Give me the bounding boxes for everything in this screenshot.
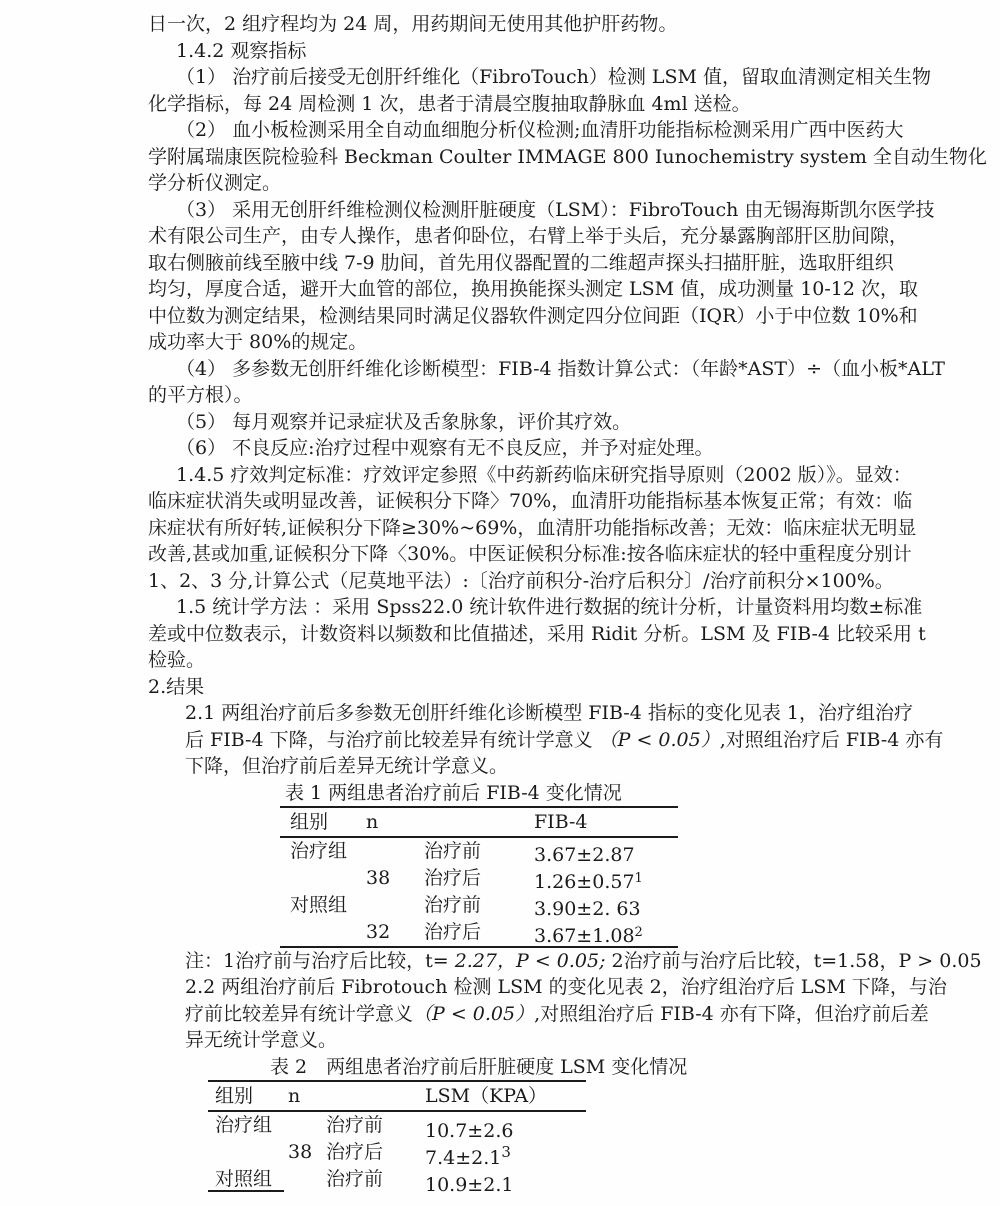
cell-value: 3.67±1.082 [531,919,678,950]
text-run: 疗前比较差异有统计学意义 [185,1003,413,1025]
text-line: 2.2 两组治疗前后 Fibrotouch 检测 LSM 的变化见表 2，治疗组… [185,974,1000,1001]
text-line: 中位数为测定结果，检测结果同时满足仪器软件测定四分位间距（IQR）小于中位数 1… [148,303,1000,330]
text-line: （4） 多参数无创肝纤维化诊断模型：FIB-4 指数计算公式：（年龄*AST）÷… [176,356,1000,383]
cell-time: 治疗前 [326,1166,422,1199]
text-line: （1） 治疗前后接受无创肝纤维化（FibroTouch）检测 LSM 值，留取血… [176,64,1000,91]
table-title: 表 1 两组患者治疗前后 FIB-4 变化情况 [280,780,678,806]
text-line: 差或中位数表示，计数资料以频数和比值描述，采用 Ridit 分析。LSM 及 F… [148,621,1000,648]
section-heading: 1.4.2 观察指标 [176,38,1000,65]
value-superscript: 2 [635,925,643,940]
text-line: 后 FIB-4 下降，与治疗前比较差异有统计学意义 （P < 0.05）,对照组… [185,727,1000,754]
text-line: 的平方根）。 [148,382,1000,409]
text-run: 后 FIB-4 下降，与治疗前比较差异有统计学意义 [185,729,599,751]
text-line: 化学指标，每 24 周检测 1 次，患者于清晨空腹抽取静脉血 4ml 送检。 [148,91,1000,118]
text-line: 床症状有所好转,证候积分下降≥30%~69%，血清肝功能指标改善；无效：临床症状… [148,515,1000,542]
text-line: 日一次，2 组疗程均为 24 周，用药期间无使用其他护肝药物。 [148,11,1000,38]
text-run: 2治疗前与治疗后比较，t=1.58，P > 0.05 [605,950,981,972]
table-row: 32 治疗后 3.67±1.082 [280,919,678,946]
text-line: 检验。 [148,647,1000,674]
text-line: 疗前比较差异有统计学意义（P < 0.05）,对照组治疗后 FIB-4 亦有下降… [185,1001,1000,1028]
header-group: 组别 [280,808,366,836]
table-row: 38 治疗后 7.4±2.13 [208,1139,586,1166]
section-heading: 2.结果 [148,674,1000,701]
text-run: 注：1治疗前与治疗后比较，t= [185,950,455,972]
table-grid: 组别 n LSM（KPA） 治疗组 治疗前 10.7±2.6 38 治疗后 [208,1080,586,1192]
table-header-row: 组别 n LSM（KPA） [208,1082,586,1112]
section-heading: 1.5 统计学方法 ：采用 Spss22.0 统计软件进行数据的统计分析，计量资… [176,594,1000,621]
p-value-text: （P < 0.05） [599,729,720,751]
cell-time: 治疗后 [424,919,531,950]
header-n: n [288,1082,326,1110]
value-text: 3.90±2. 63 [534,898,641,920]
section-heading: 1.4.5 疗效判定标准：疗效评定参照《中药新药临床研究指导原则（2002 版）… [176,462,1000,489]
value-text: 3.67±2.87 [534,844,635,866]
table-body: 治疗组 治疗前 3.67±2.87 38 治疗后 1.26±0.571 对照组 [280,838,678,948]
text-line: 临床症状消失或明显改善，证候积分下降〉70%，血清肝功能指标基本恢复正常；有效：… [148,488,1000,515]
text-line: （5） 每月观察并记录症状及舌象脉象，评价其疗效。 [176,409,1000,436]
cell-n [288,1166,326,1199]
table-grid: 组别 n FIB-4 治疗组 治疗前 3.67±2.87 38 治疗后 [280,806,678,948]
cell-n: 32 [366,919,424,950]
text-line: 学分析仪测定。 [148,170,1000,197]
table-row: 38 治疗后 1.26±0.571 [280,865,678,892]
table-header-row: 组别 n FIB-4 [280,808,678,838]
cell-group [280,919,366,950]
p-value-text: （P < 0.05） [413,1003,534,1025]
text-line: 改善,甚或加重,证候积分下降〈30%。中医证候积分标准:按各临床症状的轻中重程度… [148,541,1000,568]
text-line: （6） 不良反应:治疗过程中观察有无不良反应，并予对症处理。 [176,435,1000,462]
cell-group: 对照组 [208,1166,288,1199]
table-row: 治疗组 治疗前 10.7±2.6 [208,1112,586,1139]
header-n: n [366,808,424,836]
text-line: 均匀，厚度合适，避开大血管的部位，换用换能探头测定 LSM 值，成功测量 10-… [148,276,1000,303]
table-title: 表 2 两组患者治疗前后肝脏硬度 LSM 变化情况 [208,1054,586,1080]
table-row: 治疗组 治疗前 3.67±2.87 [280,838,678,865]
text-line: （3） 采用无创肝纤维检测仪检测肝脏硬度（LSM）：FibroTouch 由无锡… [176,197,1000,224]
text-line: 成功率大于 80%的规定。 [148,329,1000,356]
text-line: 取右侧腋前线至腋中线 7-9 肋间，首先用仪器配置的二维超声探头扫描肝脏，选取肝… [148,250,1000,277]
table-fib4: 表 1 两组患者治疗前后 FIB-4 变化情况 组别 n FIB-4 治疗组 治… [280,780,678,948]
text-line: 学附属瑞康医院检验科 Beckman Coulter IMMAGE 800 Iu… [148,144,1000,171]
table-note: 注：1治疗前与治疗后比较，t= 2.27，P < 0.05; 2治疗前与治疗后比… [185,948,1000,975]
text-line: 2.1 两组治疗前后多参数无创肝纤维化诊断模型 FIB-4 指标的变化见表 1，… [185,700,1000,727]
value-superscript: 3 [501,1143,511,1161]
text-line: 下降，但治疗前后差异无统计学意义。 [185,753,1000,780]
header-group: 组别 [208,1082,288,1110]
text-line: 异无统计学意义。 [185,1027,1000,1054]
cell-value: 10.9±2.1 [422,1166,586,1199]
document-body: 日一次，2 组疗程均为 24 周，用药期间无使用其他护肝药物。 1.4.2 观察… [0,0,1000,1192]
table-body: 治疗组 治疗前 10.7±2.6 38 治疗后 7.4±2.13 对照组 [208,1112,586,1192]
header-value: LSM（KPA） [422,1082,586,1110]
table-row: 对照组 治疗前 3.90±2. 63 [280,892,678,919]
table-lsm: 表 2 两组患者治疗前后肝脏硬度 LSM 变化情况 组别 n LSM（KPA） … [208,1054,586,1192]
header-value: FIB-4 [531,808,678,836]
text-run: ,对照组治疗后 FIB-4 亦有 [720,729,944,751]
text-run: ,对照组治疗后 FIB-4 亦有下降，但治疗前后差 [534,1003,929,1025]
text-line: 术有限公司生产，由专人操作，患者仰卧位，右臂上举于头后，充分暴露胸部肝区肋间隙， [148,223,1000,250]
value-superscript: 1 [635,871,643,886]
text-line: 1、2、3 分,计算公式（尼莫地平法）:〔治疗前积分-治疗后积分〕/治疗前积分×… [148,568,1000,595]
value-text: 1.26±0.57 [534,871,635,893]
text-line: （2） 血小板检测采用全自动血细胞分析仪检测;血清肝功能指标检测采用广西中医药大 [176,117,1000,144]
value-text: 3.67±1.08 [534,925,635,947]
stat-text: 2.27，P < 0.05; [455,950,606,972]
document-page: 日一次，2 组疗程均为 24 周，用药期间无使用其他护肝药物。 1.4.2 观察… [0,0,1000,1206]
table-row: 对照组 治疗前 10.9±2.1 [208,1166,586,1193]
value-text: 10.9±2.1 [425,1174,513,1196]
